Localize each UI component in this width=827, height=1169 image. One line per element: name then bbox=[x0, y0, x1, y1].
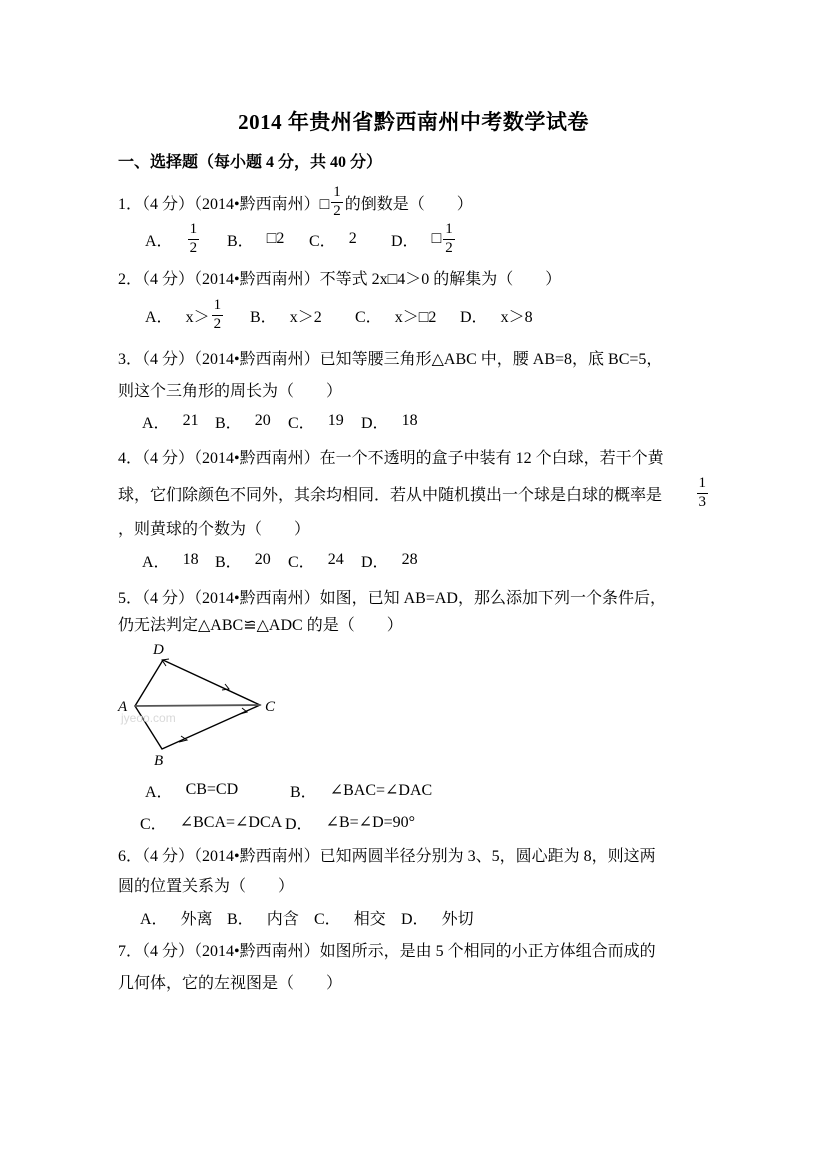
fraction-denominator: 3 bbox=[697, 494, 709, 511]
option-c-value: ∠BCA=∠DCA bbox=[180, 812, 283, 832]
option-d-label: D． bbox=[391, 228, 419, 251]
option-c: C．x＞□2 bbox=[355, 304, 460, 327]
option-b-value: ∠BAC=∠DAC bbox=[330, 780, 433, 800]
option-a-value: 外离 bbox=[181, 906, 213, 929]
option-b-value: □2 bbox=[267, 230, 285, 248]
option-d-pre: □ bbox=[432, 230, 442, 248]
fraction-denominator: 2 bbox=[331, 203, 343, 220]
option-d: D．18 bbox=[361, 410, 434, 433]
fraction-numerator: 1 bbox=[331, 184, 343, 202]
option-a-label: A． bbox=[145, 304, 173, 327]
option-b-label: B． bbox=[250, 304, 277, 327]
option-d: D．28 bbox=[361, 549, 434, 572]
option-b-label: B． bbox=[290, 779, 317, 802]
option-c-value: x＞□2 bbox=[395, 304, 437, 327]
option-a: A．x＞12 bbox=[145, 297, 250, 333]
question-7-stem-line1: 7．（4 分）（2014•黔西南州）如图所示，是由 5 个相同的小正方体组合而成… bbox=[118, 936, 656, 962]
option-c-label: C． bbox=[288, 549, 315, 572]
option-c-label: C． bbox=[314, 906, 341, 929]
fraction: 12 bbox=[212, 297, 224, 333]
option-c-value: 2 bbox=[349, 230, 357, 248]
fraction-denominator: 2 bbox=[212, 316, 224, 333]
option-c-label: C． bbox=[140, 811, 167, 834]
fraction: 12 bbox=[331, 184, 343, 220]
question-4-stem-line3: ，则黄球的个数为（ ） bbox=[118, 514, 310, 540]
option-b-label: B． bbox=[215, 410, 242, 433]
exam-document-page: { "title": "2014 年贵州省黔西南州中考数学试卷", "secti… bbox=[0, 0, 827, 1169]
option-b-value: 内含 bbox=[267, 906, 299, 929]
fraction: 12 bbox=[443, 221, 455, 257]
question-5-options-row1: A．CB=CD B．∠BAC=∠DAC bbox=[145, 777, 435, 803]
option-b: B．∠BAC=∠DAC bbox=[290, 779, 435, 802]
fraction-denominator: 2 bbox=[188, 240, 200, 257]
option-a: A．12 bbox=[145, 221, 227, 257]
option-c-value: 19 bbox=[328, 412, 344, 430]
question-5-stem-line1: 5．（4 分）（2014•黔西南州）如图，已知 AB=AD，那么添加下列一个条件… bbox=[118, 583, 666, 609]
question-3-options: A．21 B．20 C．19 D．18 bbox=[142, 408, 434, 434]
option-c: C．相交 bbox=[314, 906, 401, 929]
question-3-stem-line2: 则这个三角形的周长为（ ） bbox=[118, 376, 342, 402]
question-4-stem-line1: 4．（4 分）（2014•黔西南州）在一个不透明的盒子中装有 12 个白球，若干… bbox=[118, 443, 664, 469]
question-2-options: A．x＞12 B．x＞2 C．x＞□2 D．x＞8 bbox=[145, 297, 565, 333]
question-5-stem-line2: 仍无法判定△ABC≌△ADC 的是（ ） bbox=[118, 610, 403, 636]
option-a: A．外离 bbox=[140, 906, 227, 929]
fraction: 12 bbox=[188, 221, 200, 257]
option-a-label: A． bbox=[145, 228, 173, 251]
vertex-label-b: B bbox=[154, 753, 163, 769]
section-heading: 一、选择题（每小题 4 分，共 40 分） bbox=[118, 147, 382, 173]
option-d: D．∠B=∠D=90° bbox=[285, 811, 430, 834]
question-6-stem-line1: 6．（4 分）（2014•黔西南州）已知两圆半径分别为 3、5，圆心距为 8，则… bbox=[118, 841, 656, 867]
option-c: C．2 bbox=[309, 228, 391, 251]
option-a-label: A． bbox=[145, 779, 173, 802]
option-d-label: D． bbox=[361, 410, 389, 433]
option-d-label: D． bbox=[361, 549, 389, 572]
option-b: B．20 bbox=[215, 410, 288, 433]
option-d: D．外切 bbox=[401, 906, 488, 929]
fraction-numerator: 1 bbox=[212, 297, 224, 315]
question-6-stem-line2: 圆的位置关系为（ ） bbox=[118, 871, 294, 897]
fraction-denominator: 2 bbox=[443, 240, 455, 257]
vertex-label-a: A bbox=[117, 699, 128, 715]
tick-mark bbox=[222, 684, 229, 690]
option-d-value: ∠B=∠D=90° bbox=[326, 812, 415, 832]
option-a: A．21 bbox=[142, 410, 215, 433]
option-a-pre: x＞ bbox=[186, 304, 210, 327]
option-b-label: B． bbox=[227, 906, 254, 929]
diagonal-ac bbox=[135, 705, 260, 706]
option-a-value: 18 bbox=[183, 551, 199, 569]
question-1-options: A．12 B．□2 C．2 D．□12 bbox=[145, 221, 473, 257]
option-d-value: 18 bbox=[402, 412, 418, 430]
option-a-value: 21 bbox=[183, 412, 199, 430]
option-c: C．24 bbox=[288, 549, 361, 572]
question-4-stem-line2: 球，它们除颜色不同外，其余均相同．若从中随机摸出一个球是白球的概率是13 bbox=[118, 475, 710, 511]
option-b-value: 20 bbox=[255, 412, 271, 430]
option-b: B．20 bbox=[215, 549, 288, 572]
question-1-stem-post: 的倒数是（ ） bbox=[345, 191, 473, 214]
option-c: C．19 bbox=[288, 410, 361, 433]
kite-figure: jyeoo.com D A C B bbox=[113, 636, 283, 776]
fraction-numerator: 1 bbox=[697, 475, 709, 493]
vertex-label-c: C bbox=[265, 699, 276, 715]
option-d-label: D． bbox=[401, 906, 429, 929]
question-7-stem-line2: 几何体，它的左视图是（ ） bbox=[118, 968, 342, 994]
option-b: B．内含 bbox=[227, 906, 314, 929]
option-a-value: CB=CD bbox=[186, 781, 239, 799]
option-c: C．∠BCA=∠DCA bbox=[140, 811, 285, 834]
option-d-label: D． bbox=[460, 304, 488, 327]
fraction-numerator: 1 bbox=[443, 221, 455, 239]
fraction-numerator: 1 bbox=[188, 221, 200, 239]
option-d-value: 28 bbox=[402, 551, 418, 569]
question-4-stem-line2-text: 球，它们除颜色不同外，其余均相同．若从中随机摸出一个球是白球的概率是 bbox=[118, 482, 662, 505]
question-4-options: A．18 B．20 C．24 D．28 bbox=[142, 547, 434, 573]
option-c-value: 24 bbox=[328, 551, 344, 569]
watermark: jyeoo.com bbox=[120, 711, 176, 725]
question-6-options: A．外离 B．内含 C．相交 D．外切 bbox=[140, 904, 488, 930]
option-d: D．x＞8 bbox=[460, 304, 565, 327]
question-3-stem-line1: 3．（4 分）（2014•黔西南州）已知等腰三角形△ABC 中，腰 AB=8，底… bbox=[118, 344, 662, 370]
question-2-stem: 2．（4 分）（2014•黔西南州）不等式 2x□4＞0 的解集为（ ） bbox=[118, 264, 561, 290]
option-c-label: C． bbox=[288, 410, 315, 433]
question-1-stem-pre: 1．（4 分）（2014•黔西南州）□ bbox=[118, 191, 329, 214]
question-1-stem: 1．（4 分）（2014•黔西南州）□12的倒数是（ ） bbox=[118, 184, 473, 220]
option-d-value: 外切 bbox=[442, 906, 474, 929]
option-a: A．18 bbox=[142, 549, 215, 572]
option-d-label: D． bbox=[285, 811, 313, 834]
option-b: B．□2 bbox=[227, 228, 309, 251]
option-b-label: B． bbox=[215, 549, 242, 572]
vertex-label-d: D bbox=[152, 642, 164, 658]
option-b-label: B． bbox=[227, 228, 254, 251]
page-title: 2014 年贵州省黔西南州中考数学试卷 bbox=[0, 106, 827, 136]
fraction: 13 bbox=[697, 475, 709, 511]
option-c-label: C． bbox=[309, 228, 336, 251]
option-c-value: 相交 bbox=[354, 906, 386, 929]
option-b: B．x＞2 bbox=[250, 304, 355, 327]
option-a-label: A． bbox=[142, 549, 170, 572]
option-d-value: x＞8 bbox=[501, 304, 533, 327]
option-c-label: C． bbox=[355, 304, 382, 327]
option-b-value: x＞2 bbox=[290, 304, 322, 327]
question-5-options-row2: C．∠BCA=∠DCA D．∠B=∠D=90° bbox=[140, 809, 430, 835]
option-a: A．CB=CD bbox=[145, 779, 290, 802]
option-a-label: A． bbox=[142, 410, 170, 433]
option-d: D．□12 bbox=[391, 221, 473, 257]
option-b-value: 20 bbox=[255, 551, 271, 569]
option-a-label: A． bbox=[140, 906, 168, 929]
